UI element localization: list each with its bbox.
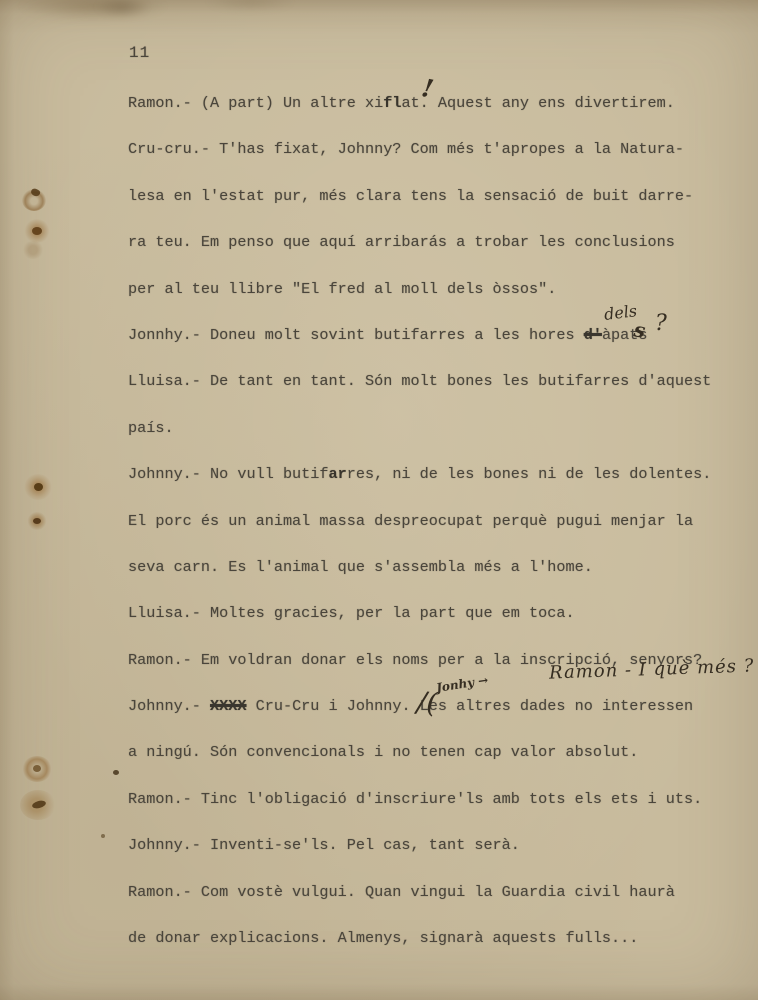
rust-stain: [27, 512, 47, 530]
typed-line: Johnny.- No vull butifarres, ni de les b…: [128, 451, 738, 497]
typed-line: Lluisa.- De tant en tant. Són molt bones…: [128, 358, 738, 404]
rust-stain: [24, 219, 50, 243]
typed-line: Johnny.- Inventi-se'ls. Pel cas, tant se…: [128, 822, 738, 868]
ink-speck: [101, 834, 105, 838]
typed-line: ra teu. Em penso que aquí arribarás a tr…: [128, 219, 738, 265]
rust-stain: [22, 756, 52, 782]
top-edge-smudge: [205, 0, 295, 12]
typed-line: Ramon.- Com vostè vulgui. Quan vingui la…: [128, 869, 738, 915]
rust-stain: [20, 790, 56, 820]
handwritten-insert-slash: /(: [416, 685, 439, 719]
typed-line: a ningú. Són convencionals i no tenen ca…: [128, 729, 738, 775]
rust-stain: [24, 474, 52, 500]
handwritten-dels-correction: dels: [603, 301, 638, 324]
typed-line: Ramon.- Tinc l'obligació d'inscriure'ls …: [128, 776, 738, 822]
typed-line: país.: [128, 405, 738, 451]
page-number: 11: [129, 44, 150, 62]
typed-lines: Ramon.- (A part) Un altre xiflat. Aquest…: [128, 80, 738, 961]
typed-line: per al teu llibre "El fred al moll dels …: [128, 266, 738, 312]
rust-stain: [22, 189, 46, 211]
typed-line: de donar explicacions. Almenys, signarà …: [128, 915, 738, 961]
typed-line: lesa en l'estat pur, més clara tens la s…: [128, 173, 738, 219]
typed-line: Cru-cru.- T'has fixat, Johnny? Com més t…: [128, 126, 738, 172]
typed-line: El porc és un animal massa despreocupat …: [128, 498, 738, 544]
typed-line: Lluisa.- Moltes gracies, per la part que…: [128, 590, 738, 636]
handwritten-question-mark: ?: [655, 311, 667, 336]
rust-stain: [22, 241, 44, 259]
ink-speck: [113, 770, 119, 775]
typed-line: seva carn. Es l'animal que s'assembla mé…: [128, 544, 738, 590]
manuscript-page: 11 Ramon.- (A part) Un altre xiflat. Aqu…: [0, 0, 758, 1000]
